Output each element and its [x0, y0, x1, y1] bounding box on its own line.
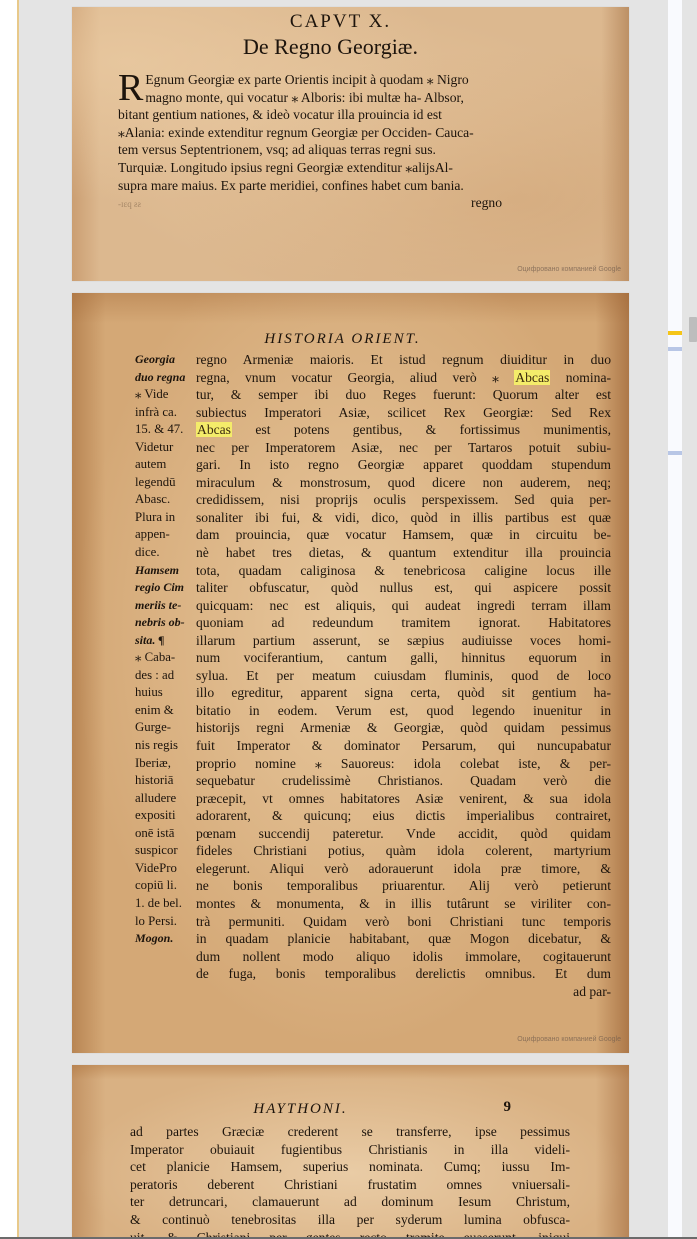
chapter-title: De Regno Georgiæ.: [52, 34, 609, 60]
margin-note: ⁎ Caba-: [135, 649, 195, 667]
text-line: fideles Christiani potius, quàm idola co…: [196, 842, 611, 860]
running-head: HAYTHONI.: [22, 1101, 579, 1118]
chapter-number: CAPVT X.: [62, 11, 619, 33]
text-line: supra mare maius. Ex parte meridiei, con…: [118, 177, 588, 195]
margin-note: Gurge-: [135, 719, 195, 737]
text-line: sequebatur crudelissimè Christianos. Qua…: [196, 772, 611, 790]
margin-note: lo Persi.: [135, 913, 195, 931]
margin-note: duo regna: [135, 369, 195, 387]
margin-note: 1. de bel.: [135, 895, 195, 913]
text-line: sonaliter ibi fui, & vidi, dico, quòd in…: [196, 509, 611, 527]
margin-note: autem: [135, 456, 195, 474]
margin-note: dice.: [135, 544, 195, 562]
google-digitized-watermark: Оцифровано компанией Google: [517, 266, 621, 273]
book-page-2: HISTORIA ORIENT. Georgia duo regna ⁎ Vid…: [72, 293, 629, 1053]
search-hit-marker[interactable]: [668, 347, 682, 351]
margin-note: sita. ¶: [135, 632, 195, 650]
text-line: quicquam: nec est aliquis, qui audeat in…: [196, 597, 611, 615]
text-line: Abcas est potens gentibus, & fortissimus…: [196, 421, 611, 439]
margin-note: ⁎ Vide: [135, 386, 195, 404]
text-line: regna, vnum vocatur Georgia, aliud verò …: [196, 369, 611, 387]
text-line: nec per Imperatorem Asiæ, nec per Tartar…: [196, 439, 611, 457]
page-1-body: R Egnum Georgiæ ex parte Orientis incipi…: [118, 71, 588, 212]
margin-note: Mogon.: [135, 930, 195, 948]
scrollbar[interactable]: [682, 0, 697, 1239]
margin-note: nebris ob-: [135, 614, 195, 632]
margin-note: Hamsem: [135, 562, 195, 580]
text-line: montes & monumenta, & in illis tutârunt …: [196, 895, 611, 913]
catchword: ad par-: [196, 983, 611, 1001]
text-line: magno monte, qui vocatur ⁎ Alboris: ibi …: [118, 89, 588, 107]
text-line: tem versus Septentrionem, vsq; ad aliqua…: [118, 141, 588, 159]
text-line: quoniam ad redeundum tramitem ignorat. H…: [196, 614, 611, 632]
text-line: bitant gentium nationes, & ideò vocatur …: [118, 106, 588, 124]
text-line: dam prouincia, quæ vocatur Hamsem, quæ i…: [196, 526, 611, 544]
text-line: ter detruncari, clamauerunt ad dominum I…: [130, 1193, 570, 1211]
text-line: miraculum & monstrosum, quod dicere non …: [196, 474, 611, 492]
margin-note: nis regis: [135, 737, 195, 755]
margin-note: historiā: [135, 772, 195, 790]
text-line: tota, quadam caliginosa & tenebricosa ca…: [196, 562, 611, 580]
text-line: præcepit, vt omnes habitatores Asiæ veni…: [196, 790, 611, 808]
text-line: illo egreditur, apparent signa certa, qu…: [196, 684, 611, 702]
margin-note: appen-: [135, 526, 195, 544]
text-line: pœnam succendij pateretur. Vnde accidit,…: [196, 825, 611, 843]
google-digitized-watermark: Оцифровано компанией Google: [517, 1036, 621, 1043]
page-number: 9: [504, 1099, 512, 1116]
margin-note: 15. & 47.: [135, 421, 195, 439]
text-line: credidissem, nisi proprijs oculis perspe…: [196, 491, 611, 509]
text-line: ad partes Græciæ crederent se transferre…: [130, 1123, 570, 1141]
margin-note: Videtur: [135, 439, 195, 457]
text-line: de fuga, bonis temporalibus derelictis o…: [196, 965, 611, 983]
text-line: in quadam planicie habitabant, quæ Mogon…: [196, 930, 611, 948]
text-line: adorarent, & quicunq; eius dictis imperi…: [196, 807, 611, 825]
book-viewer[interactable]: CAPVT X. De Regno Georgiæ. R Egnum Georg…: [19, 0, 668, 1239]
search-hit-marker-current[interactable]: [668, 331, 682, 335]
marginalia-column: Georgia duo regna ⁎ Vide infrà ca. 15. &…: [135, 351, 195, 948]
margin-note: copiū li.: [135, 877, 195, 895]
search-highlight: Abcas: [514, 370, 550, 385]
page-2-body: regno Armeniæ maioris. Et istud regnum d…: [196, 351, 611, 1000]
page-3-body: ad partes Græciæ crederent se transferre…: [130, 1123, 570, 1239]
margin-note: Georgia: [135, 351, 195, 369]
text-line: & continuò tenebrositas illa per syderum…: [130, 1211, 570, 1229]
text-line: cet planicie Hamsem, superius nominata. …: [130, 1158, 570, 1176]
margin-note: suspicor: [135, 842, 195, 860]
drop-cap: R: [118, 72, 143, 104]
search-results-scroll-track[interactable]: [668, 0, 682, 1239]
search-hit-marker[interactable]: [668, 451, 682, 455]
running-head: HISTORIA ORIENT.: [64, 331, 621, 348]
text-line: regno Armeniæ maioris. Et istud regnum d…: [196, 351, 611, 369]
text-line: bitatio in eodem. Verum est, quod legend…: [196, 702, 611, 720]
text-line: trà permuniti. Quidam verò boni Christia…: [196, 913, 611, 931]
text-line: tur, & semper ibi duo Reges fuerunt: Quo…: [196, 386, 611, 404]
text-line: sylua. Et per meatum cuiusdam fluminis, …: [196, 667, 611, 685]
margin-note: Plura in: [135, 509, 195, 527]
margin-note: VidePro: [135, 860, 195, 878]
margin-note: huius: [135, 684, 195, 702]
text-line: subiectus Imperatori Asiæ, scilicet Rex …: [196, 404, 611, 422]
margin-note: Iberiæ,: [135, 755, 195, 773]
book-page-1: CAPVT X. De Regno Georgiæ. R Egnum Georg…: [72, 7, 629, 281]
text-line: peratoris deberent Christiani frustatim …: [130, 1176, 570, 1194]
text-line: ⁎Alania: exinde extenditur regnum Georgi…: [118, 124, 588, 142]
margin-note: infrà ca.: [135, 404, 195, 422]
text-line: historijs regni Armeniæ & Georgiæ, quòd …: [196, 719, 611, 737]
margin-note: regio Cim: [135, 579, 195, 597]
margin-note: des : ad: [135, 667, 195, 685]
text-line: nè habet tres dietas, & quantum extendit…: [196, 544, 611, 562]
text-line: taliter obfuscatur, quòd nullus est, qui…: [196, 579, 611, 597]
book-page-3: HAYTHONI. 9 ad partes Græciæ crederent s…: [72, 1065, 629, 1239]
text-line: gari. In isto regno Georgiæ apparet quod…: [196, 456, 611, 474]
margin-note: alludere: [135, 790, 195, 808]
margin-note: Abasc.: [135, 491, 195, 509]
search-highlight: Abcas: [196, 422, 232, 437]
margin-note: enim &: [135, 702, 195, 720]
text-line: num vociferantium, cantum galli, hinnitu…: [196, 649, 611, 667]
catchword: regno: [471, 195, 502, 210]
text-line: dum nollent modo aliquo idolis immolare,…: [196, 948, 611, 966]
text-line: proprio nomine ⁎ Sauoreus: idola colebat…: [196, 755, 611, 773]
text-line: Egnum Georgiæ ex parte Orientis incipit …: [118, 71, 588, 89]
text-line: Imperator obuiauit fugientibus Christian…: [130, 1141, 570, 1159]
text-line: elegerunt. Aliqui verò adorauerunt idola…: [196, 860, 611, 878]
text-line: ne bonis temporalibus priuarentur. Alij …: [196, 877, 611, 895]
margin-note: meriis te-: [135, 597, 195, 615]
text-line: fuit Imperator & dominator Persarum, qui…: [196, 737, 611, 755]
margin-note: expositi: [135, 807, 195, 825]
margin-note: legendū: [135, 474, 195, 492]
margin-note: onē istā: [135, 825, 195, 843]
left-gutter: [0, 0, 17, 1239]
scrollbar-thumb[interactable]: [689, 317, 697, 342]
bleed-mark: -ɪɛq ƨƨregno: [118, 194, 588, 212]
text-line: Turquiæ. Longitudo ipsius regni Georgiæ …: [118, 159, 588, 177]
text-line: illarum partium asserunt, se sæpius audi…: [196, 632, 611, 650]
